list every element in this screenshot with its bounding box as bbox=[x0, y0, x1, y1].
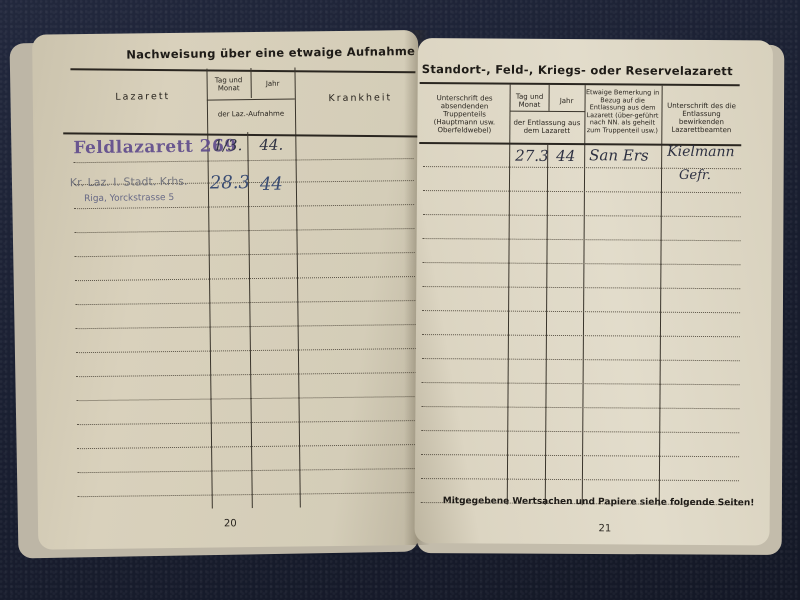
header-top-rule bbox=[70, 68, 415, 73]
col-header-tag-und-monat: Tag und Monat bbox=[209, 76, 249, 92]
row-line bbox=[421, 454, 739, 457]
entry-1-jahr: 44. bbox=[259, 136, 283, 154]
col-divider bbox=[659, 86, 663, 506]
stamp-feldlazarett: Feldlazarett 269 bbox=[73, 136, 237, 158]
row-line bbox=[74, 158, 414, 163]
row-line bbox=[74, 204, 414, 209]
row-line bbox=[76, 372, 416, 377]
col-divider bbox=[548, 85, 549, 111]
entry-2-jahr: 44 bbox=[260, 174, 283, 195]
row-line bbox=[76, 324, 416, 329]
col-header-lazarett: Lazarett bbox=[83, 93, 203, 102]
col-divider bbox=[545, 145, 549, 505]
col-header-unterschrift-truppenteil: Unterschrift des absendenden Truppenteil… bbox=[421, 94, 507, 135]
left-header-title: Nachweisung über eine etwaige Aufnahme i… bbox=[126, 44, 424, 62]
col-divider bbox=[582, 85, 586, 505]
col-header-unterschrift-beamten: Unterschrift des die Entlassung bewirken… bbox=[663, 102, 739, 135]
row-line bbox=[423, 190, 741, 193]
entry-2-tag-monat: 28.3 bbox=[210, 172, 250, 193]
subheader-rule bbox=[207, 99, 295, 101]
col-header-jahr: Jahr bbox=[551, 97, 583, 105]
row-line bbox=[76, 348, 416, 353]
row-line bbox=[421, 406, 739, 409]
col-header-der-entlassung: der Entlassung aus dem Lazarett bbox=[509, 119, 584, 136]
col-header-tag-und-monat: Tag und Monat bbox=[512, 93, 548, 109]
discharge-tag-monat: 27.3 bbox=[515, 147, 549, 165]
row-line bbox=[421, 478, 739, 481]
row-line bbox=[422, 382, 740, 385]
row-line bbox=[75, 300, 415, 305]
discharge-official-signature: Kielmann bbox=[667, 144, 734, 160]
row-line bbox=[76, 396, 416, 401]
footer-note: Mitgegebene Wertsachen und Papiere siehe… bbox=[443, 496, 755, 508]
header-top-rule bbox=[420, 82, 740, 86]
col-header-der-laz-aufnahme: der Laz.-Aufnahme bbox=[207, 110, 295, 119]
row-line bbox=[75, 252, 415, 257]
page-number-left: 20 bbox=[224, 518, 237, 529]
row-line bbox=[75, 276, 415, 281]
discharge-bemerkung: San Ers bbox=[589, 146, 649, 164]
col-divider bbox=[250, 68, 251, 98]
discharge-official-rank: Gefr. bbox=[679, 168, 711, 183]
row-line bbox=[422, 334, 740, 337]
row-line bbox=[74, 228, 414, 233]
right-page: Standort-, Feld-, Kriegs- oder Reservela… bbox=[414, 38, 773, 545]
row-line bbox=[77, 444, 417, 449]
row-line bbox=[423, 214, 741, 217]
row-line bbox=[422, 262, 740, 265]
row-line bbox=[77, 420, 417, 425]
stamp-kr-laz-line1: Kr. Laz. I. Stadt. Krhs. bbox=[70, 175, 188, 189]
row-line bbox=[421, 430, 739, 433]
right-header-title: Standort-, Feld-, Kriegs- oder Reservela… bbox=[422, 62, 733, 78]
entry-1-tag-monat: 1/3. bbox=[213, 136, 242, 154]
row-line bbox=[422, 358, 740, 361]
discharge-jahr: 44 bbox=[556, 147, 575, 165]
page-number-right: 21 bbox=[599, 523, 612, 534]
row-line bbox=[422, 286, 740, 289]
left-page: Nachweisung über eine etwaige Aufnahme i… bbox=[32, 30, 424, 550]
stamp-kr-laz-line2: Riga, Yorckstrasse 5 bbox=[84, 193, 174, 204]
col-header-jahr: Jahr bbox=[253, 80, 293, 88]
row-line bbox=[423, 238, 741, 241]
col-header-krankheit: Krankheit bbox=[308, 94, 413, 103]
col-header-bemerkung: Etwaige Bemerkung in Bezug auf die Entla… bbox=[585, 89, 659, 135]
open-booklet: Nachweisung über eine etwaige Aufnahme i… bbox=[0, 0, 800, 600]
subheader-rule bbox=[509, 111, 584, 113]
col-divider bbox=[507, 85, 511, 505]
row-line bbox=[77, 468, 417, 473]
row-line bbox=[422, 310, 740, 313]
row-line bbox=[78, 492, 418, 497]
